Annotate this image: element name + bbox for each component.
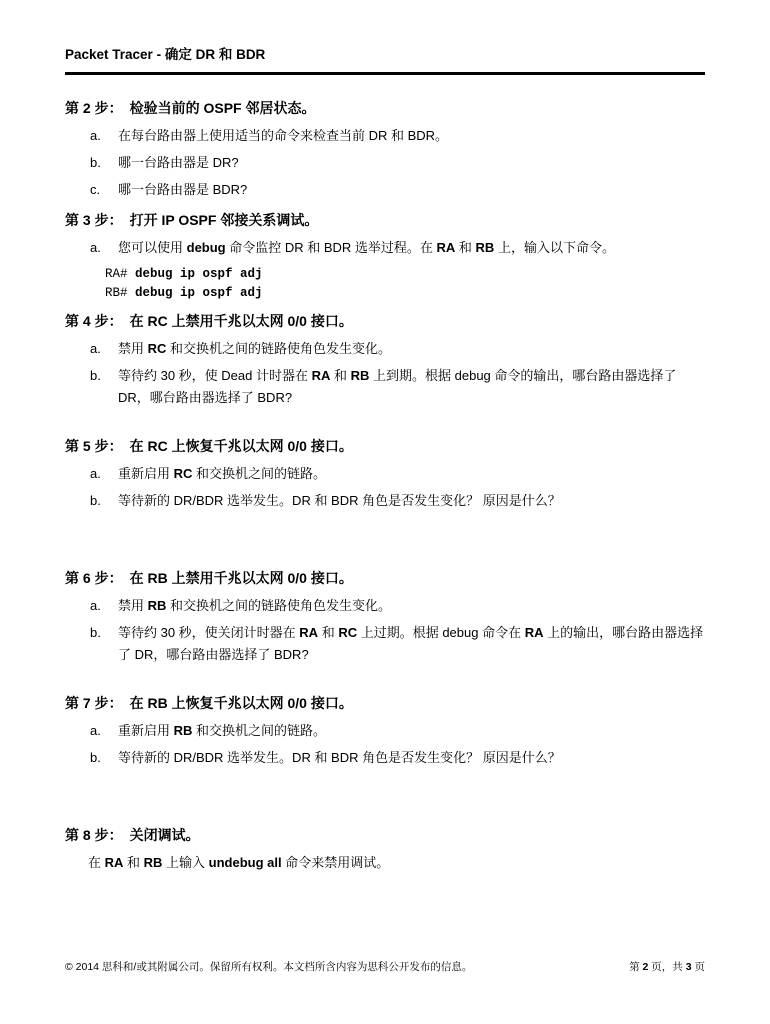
list-item-letter: a. [90, 463, 118, 485]
document-page: Packet Tracer - 确定 DR 和 BDR 第 2 步：检验当前的 … [0, 0, 770, 1024]
step-heading: 第 4 步：在 RC 上禁用千兆以太网 0/0 接口。 [65, 310, 705, 332]
step-title: 关闭调试。 [130, 827, 200, 843]
text-segment: RA [312, 368, 331, 383]
copyright-text: © 2014 思科和/或其附属公司。保留所有权利。本文档所含内容为思科公开发布的… [65, 960, 472, 975]
text-segment: 和交换机之间的链路使角色发生变化。 [166, 598, 391, 613]
text-segment: debug ip ospf adj [135, 267, 263, 281]
text-segment: 在每台路由器上使用适当的命令来检查当前 DR 和 BDR。 [118, 128, 448, 143]
text-segment: 在 [88, 855, 105, 870]
list-item-text: 等待新的 DR/BDR 选举发生。DR 和 BDR 角色是否发生变化？ 原因是什… [118, 490, 705, 512]
page-footer: © 2014 思科和/或其附属公司。保留所有权利。本文档所含内容为思科公开发布的… [65, 960, 705, 975]
list-item-letter: b. [90, 365, 118, 409]
page-number: 第 2 页，共 3 页 [629, 960, 705, 975]
text-segment: RB# [105, 286, 135, 300]
text-segment: 和 [330, 368, 350, 383]
text-segment: 命令来禁用调试。 [282, 855, 390, 870]
step-section-7: 第 7 步：在 RB 上恢复千兆以太网 0/0 接口。a.重新启用 RB 和交换… [65, 692, 705, 769]
list-item-letter: b. [90, 152, 118, 174]
list-item: a.您可以使用 debug 命令监控 DR 和 BDR 选举过程。在 RA 和 … [65, 237, 705, 259]
list-item: b.等待新的 DR/BDR 选举发生。DR 和 BDR 角色是否发生变化？ 原因… [65, 747, 705, 769]
step-label: 第 5 步： [65, 438, 123, 454]
list-item: b.等待新的 DR/BDR 选举发生。DR 和 BDR 角色是否发生变化？ 原因… [65, 490, 705, 512]
text-segment: 和交换机之间的链路。 [192, 723, 326, 738]
document-header: Packet Tracer - 确定 DR 和 BDR [65, 44, 705, 75]
text-segment: 第 [629, 961, 642, 973]
list-item-letter: a. [90, 338, 118, 360]
list-item-letter: a. [90, 125, 118, 147]
text-segment: 重新启用 [118, 466, 174, 481]
text-segment: 等待约 30 秒，使关闭计时器在 [118, 625, 299, 640]
text-segment: 页，共 [648, 961, 685, 973]
command-line: RA# debug ip ospf adj [105, 264, 705, 283]
text-segment: RB [174, 723, 193, 738]
text-segment: 上，输入以下命令。 [494, 240, 615, 255]
text-segment: 等待约 30 秒，使 Dead 计时器在 [118, 368, 312, 383]
step-title: 在 RB 上禁用千兆以太网 0/0 接口。 [130, 570, 353, 586]
text-segment: 和 [123, 855, 143, 870]
list-item-letter: b. [90, 622, 118, 666]
text-segment: debug ip ospf adj [135, 286, 263, 300]
list-item-letter: a. [90, 595, 118, 617]
text-segment: RB [144, 855, 163, 870]
list-item: a.在每台路由器上使用适当的命令来检查当前 DR 和 BDR。 [65, 125, 705, 147]
doc-title: Packet Tracer - 确定 DR 和 BDR [65, 44, 705, 66]
text-segment: RA [299, 625, 318, 640]
text-segment: 等待新的 DR/BDR 选举发生。DR 和 BDR 角色是否发生变化？ 原因是什… [118, 493, 561, 508]
step-title: 检验当前的 OSPF 邻居状态。 [130, 100, 316, 116]
text-segment: 命令监控 DR 和 BDR 选举过程。在 [226, 240, 437, 255]
command-line: RB# debug ip ospf adj [105, 283, 705, 302]
step-title: 打开 IP OSPF 邻接关系调试。 [130, 212, 319, 228]
text-segment: 重新启用 [118, 723, 174, 738]
step-heading: 第 2 步：检验当前的 OSPF 邻居状态。 [65, 97, 705, 119]
text-segment: debug [187, 240, 226, 255]
list-item-text: 等待约 30 秒，使 Dead 计时器在 RA 和 RB 上到期。根据 debu… [118, 365, 705, 409]
list-item-text: 等待新的 DR/BDR 选举发生。DR 和 BDR 角色是否发生变化？ 原因是什… [118, 747, 705, 769]
step-label: 第 7 步： [65, 695, 123, 711]
step-section-5: 第 5 步：在 RC 上恢复千兆以太网 0/0 接口。a.重新启用 RC 和交换… [65, 435, 705, 512]
list-item: b.等待约 30 秒，使关闭计时器在 RA 和 RC 上过期。根据 debug … [65, 622, 705, 666]
step-section-8: 第 8 步：关闭调试。在 RA 和 RB 上输入 undebug all 命令来… [65, 824, 705, 874]
text-segment: RC [338, 625, 357, 640]
text-segment: 禁用 [118, 341, 148, 356]
step-section-4: 第 4 步：在 RC 上禁用千兆以太网 0/0 接口。a.禁用 RC 和交换机之… [65, 310, 705, 409]
text-segment: RA [105, 855, 124, 870]
list-item-letter: a. [90, 237, 118, 259]
list-item: a.重新启用 RB 和交换机之间的链路。 [65, 720, 705, 742]
text-segment: RA [525, 625, 544, 640]
list-item-text: 重新启用 RB 和交换机之间的链路。 [118, 720, 705, 742]
steps-container: 第 2 步：检验当前的 OSPF 邻居状态。a.在每台路由器上使用适当的命令来检… [65, 75, 705, 874]
list-item-text: 在每台路由器上使用适当的命令来检查当前 DR 和 BDR。 [118, 125, 705, 147]
text-segment: 禁用 [118, 598, 148, 613]
list-item: b.等待约 30 秒，使 Dead 计时器在 RA 和 RB 上到期。根据 de… [65, 365, 705, 409]
text-segment: RB [148, 598, 167, 613]
step-label: 第 6 步： [65, 570, 123, 586]
list-item: a.重新启用 RC 和交换机之间的链路。 [65, 463, 705, 485]
list-item-text: 禁用 RB 和交换机之间的链路使角色发生变化。 [118, 595, 705, 617]
list-item-text: 重新启用 RC 和交换机之间的链路。 [118, 463, 705, 485]
step-title: 在 RC 上禁用千兆以太网 0/0 接口。 [130, 313, 353, 329]
step-label: 第 3 步： [65, 212, 123, 228]
list-item-text: 哪一台路由器是 BDR? [118, 179, 705, 201]
step-title: 在 RB 上恢复千兆以太网 0/0 接口。 [130, 695, 353, 711]
list-item-letter: a. [90, 720, 118, 742]
list-item: a.禁用 RB 和交换机之间的链路使角色发生变化。 [65, 595, 705, 617]
text-segment: 和 [318, 625, 338, 640]
text-segment: undebug all [209, 855, 282, 870]
text-segment: 和交换机之间的链路使角色发生变化。 [166, 341, 391, 356]
step-label: 第 8 步： [65, 827, 123, 843]
text-segment: 页 [692, 961, 705, 973]
step-section-3: 第 3 步：打开 IP OSPF 邻接关系调试。a.您可以使用 debug 命令… [65, 209, 705, 302]
text-segment: 上过期。根据 debug 命令在 [357, 625, 525, 640]
text-segment: 上输入 [162, 855, 208, 870]
list-item-letter: b. [90, 490, 118, 512]
list-item-text: 等待约 30 秒，使关闭计时器在 RA 和 RC 上过期。根据 debug 命令… [118, 622, 705, 666]
list-item-letter: c. [90, 179, 118, 201]
text-segment: 哪一台路由器是 BDR? [118, 182, 247, 197]
text-segment: RA [437, 240, 456, 255]
step-heading: 第 6 步：在 RB 上禁用千兆以太网 0/0 接口。 [65, 567, 705, 589]
text-segment: 和 [455, 240, 475, 255]
list-item-text: 您可以使用 debug 命令监控 DR 和 BDR 选举过程。在 RA 和 RB… [118, 237, 705, 259]
step-label: 第 2 步： [65, 100, 123, 116]
text-segment: RA# [105, 267, 135, 281]
text-segment: RB [351, 368, 370, 383]
step-section-2: 第 2 步：检验当前的 OSPF 邻居状态。a.在每台路由器上使用适当的命令来检… [65, 97, 705, 201]
text-segment: 和交换机之间的链路。 [192, 466, 326, 481]
text-segment: 哪一台路由器是 DR? [118, 155, 239, 170]
list-item-text: 禁用 RC 和交换机之间的链路使角色发生变化。 [118, 338, 705, 360]
list-item: a.禁用 RC 和交换机之间的链路使角色发生变化。 [65, 338, 705, 360]
text-segment: RC [174, 466, 193, 481]
list-item-letter: b. [90, 747, 118, 769]
text-segment: RB [476, 240, 495, 255]
step-heading: 第 7 步：在 RB 上恢复千兆以太网 0/0 接口。 [65, 692, 705, 714]
step-paragraph: 在 RA 和 RB 上输入 undebug all 命令来禁用调试。 [88, 852, 705, 874]
list-item-text: 哪一台路由器是 DR? [118, 152, 705, 174]
text-segment: RC [148, 341, 167, 356]
step-heading: 第 3 步：打开 IP OSPF 邻接关系调试。 [65, 209, 705, 231]
step-section-6: 第 6 步：在 RB 上禁用千兆以太网 0/0 接口。a.禁用 RB 和交换机之… [65, 567, 705, 666]
step-title: 在 RC 上恢复千兆以太网 0/0 接口。 [130, 438, 353, 454]
list-item: c.哪一台路由器是 BDR? [65, 179, 705, 201]
text-segment: 您可以使用 [118, 240, 187, 255]
text-segment: 等待新的 DR/BDR 选举发生。DR 和 BDR 角色是否发生变化？ 原因是什… [118, 750, 561, 765]
step-label: 第 4 步： [65, 313, 123, 329]
step-heading: 第 5 步：在 RC 上恢复千兆以太网 0/0 接口。 [65, 435, 705, 457]
list-item: b.哪一台路由器是 DR? [65, 152, 705, 174]
step-heading: 第 8 步：关闭调试。 [65, 824, 705, 846]
